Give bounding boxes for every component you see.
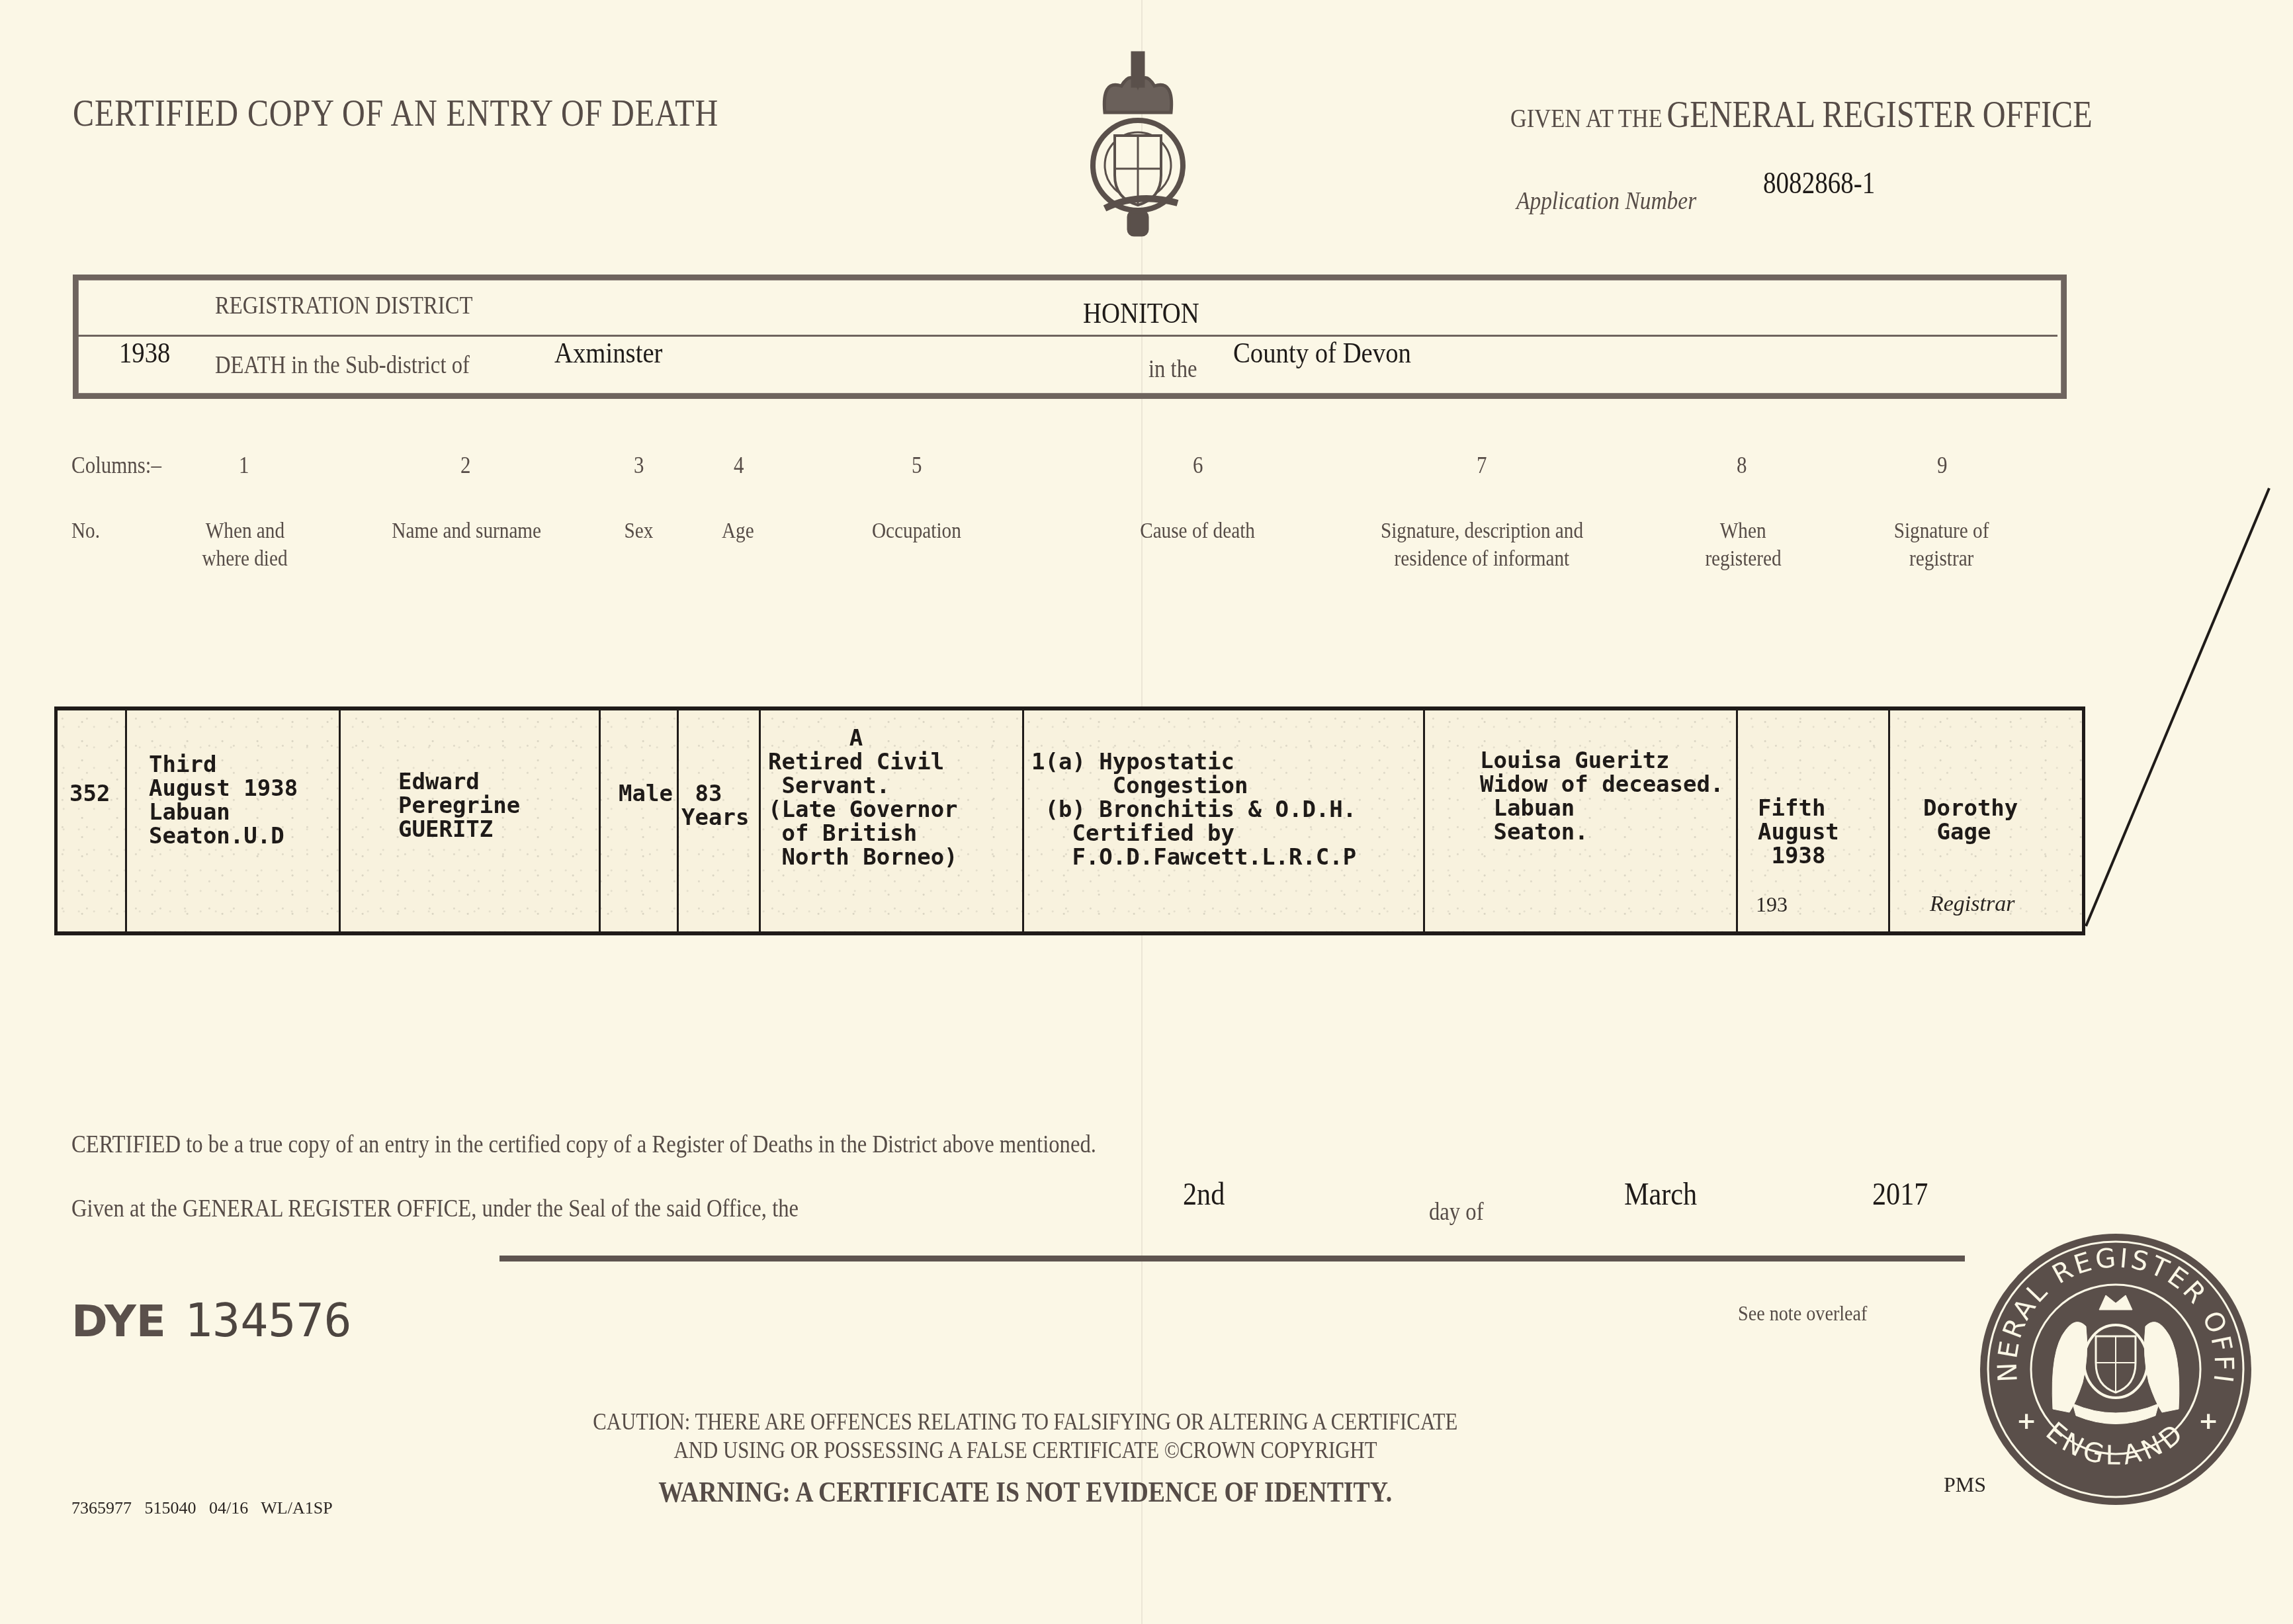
header-no: No. [71, 517, 105, 545]
general-register-office-seal-icon: GENERAL REGISTER OFFICE ENGLAND + + [1977, 1230, 2255, 1508]
entry-number: 352 [69, 782, 110, 1003]
form-reference-code: 7365977 515040 04/16 WL/A1SP [71, 1498, 333, 1518]
column-number-4: 4 [734, 451, 746, 479]
header-when-where-died: When and where died [165, 517, 324, 573]
entry-occupation: A Retired Civil Servant. (Late Governor … [768, 726, 958, 947]
day-of-label: day of [1429, 1197, 1493, 1226]
column-divider [677, 710, 679, 931]
header-sex: Sex [609, 517, 668, 545]
svg-text:+: + [2016, 1408, 2036, 1435]
column-divider [1736, 710, 1738, 931]
county-value: County of Devon [1233, 336, 1436, 370]
column-number-7: 7 [1477, 451, 1489, 479]
certificate-title: CERTIFIED COPY OF AN ENTRY OF DEATH [73, 93, 824, 135]
header-registrar-signature: Signature of registrar [1859, 517, 2024, 573]
royal-crest-icon [1085, 50, 1191, 241]
caution-line-2: AND USING OR POSSESSING A FALSE CERTIFIC… [463, 1437, 1588, 1464]
column-divider [759, 710, 761, 931]
header-cause-of-death: Cause of death [1092, 517, 1303, 545]
registrar-label: Registrar [1930, 892, 2014, 917]
entry-cause-of-death: 1(a) Hypostatic Congestion (b) Bronchiti… [1031, 750, 1356, 971]
registration-year: 1938 [119, 336, 177, 370]
column-number-3: 3 [634, 451, 646, 479]
signature-separator-line [499, 1256, 1965, 1261]
column-divider [1423, 710, 1425, 931]
district-box-divider [78, 335, 2057, 337]
entry-age: 83 Years [681, 782, 749, 1003]
issuer-heading: GIVEN AT THE GENERAL REGISTER OFFICE [1510, 94, 2187, 136]
entry-when-where-died: Third August 1938 Labuan Seaton.U.D [149, 753, 298, 974]
certification-year: 2017 [1872, 1176, 1936, 1213]
column-number-2: 2 [460, 451, 472, 479]
header-informant: Signature, description and residence of … [1323, 517, 1641, 573]
in-the-label: in the [1148, 355, 1205, 384]
registration-district-value: HONITON [1083, 296, 1215, 330]
application-number-value: 8082868-1 [1763, 165, 1895, 200]
column-divider [1888, 710, 1890, 931]
column-number-1: 1 [239, 451, 251, 479]
application-number-label: Application Number [1516, 187, 1721, 216]
serial-number: 134576 [185, 1293, 352, 1347]
see-note-overleaf: See note overleaf [1738, 1301, 1885, 1326]
certificate-serial: DYE134576 [71, 1293, 352, 1347]
header-occupation: Occupation [827, 517, 1006, 545]
certification-month: March [1624, 1176, 1707, 1213]
column-divider [1022, 710, 1024, 931]
column-number-9: 9 [1937, 451, 1949, 479]
entry-name: Edward Peregrine GUERITZ [398, 770, 520, 991]
serial-prefix: DYE [71, 1296, 166, 1347]
column-number-5: 5 [912, 451, 924, 479]
header-name-surname: Name and surname [357, 517, 576, 545]
column-divider [339, 710, 341, 931]
svg-text:+: + [2198, 1408, 2218, 1435]
given-at-statement: Given at the GENERAL REGISTER OFFICE, un… [71, 1194, 917, 1223]
registration-district-label: REGISTRATION DISTRICT [215, 291, 515, 320]
caution-line-1: CAUTION: THERE ARE OFFENCES RELATING TO … [463, 1409, 1588, 1435]
column-divider [125, 710, 127, 931]
certification-day: 2nd [1183, 1176, 1231, 1213]
certified-statement: CERTIFIED to be a true copy of an entry … [71, 1130, 1263, 1159]
entry-sex: Male [619, 782, 673, 1003]
column-number-6: 6 [1193, 451, 1205, 479]
column-number-8: 8 [1737, 451, 1749, 479]
diagonal-line [2077, 483, 2276, 933]
entry-informant: Louisa Gueritz Widow of deceased. Labuan… [1480, 749, 1723, 970]
death-entry-table: 352 Third August 1938 Labuan Seaton.U.D … [54, 706, 2085, 935]
sub-district-label: DEATH in the Sub-district of [215, 351, 511, 380]
columns-label: Columns:– [71, 451, 176, 479]
header-age: Age [708, 517, 767, 545]
entry-registered-year-prefix: 193 [1756, 892, 1788, 917]
header-when-registered: When registered [1667, 517, 1819, 573]
identity-warning: WARNING: A CERTIFICATE IS NOT EVIDENCE O… [463, 1475, 1588, 1509]
sub-district-value: Axminster [554, 336, 677, 370]
column-divider [599, 710, 601, 931]
